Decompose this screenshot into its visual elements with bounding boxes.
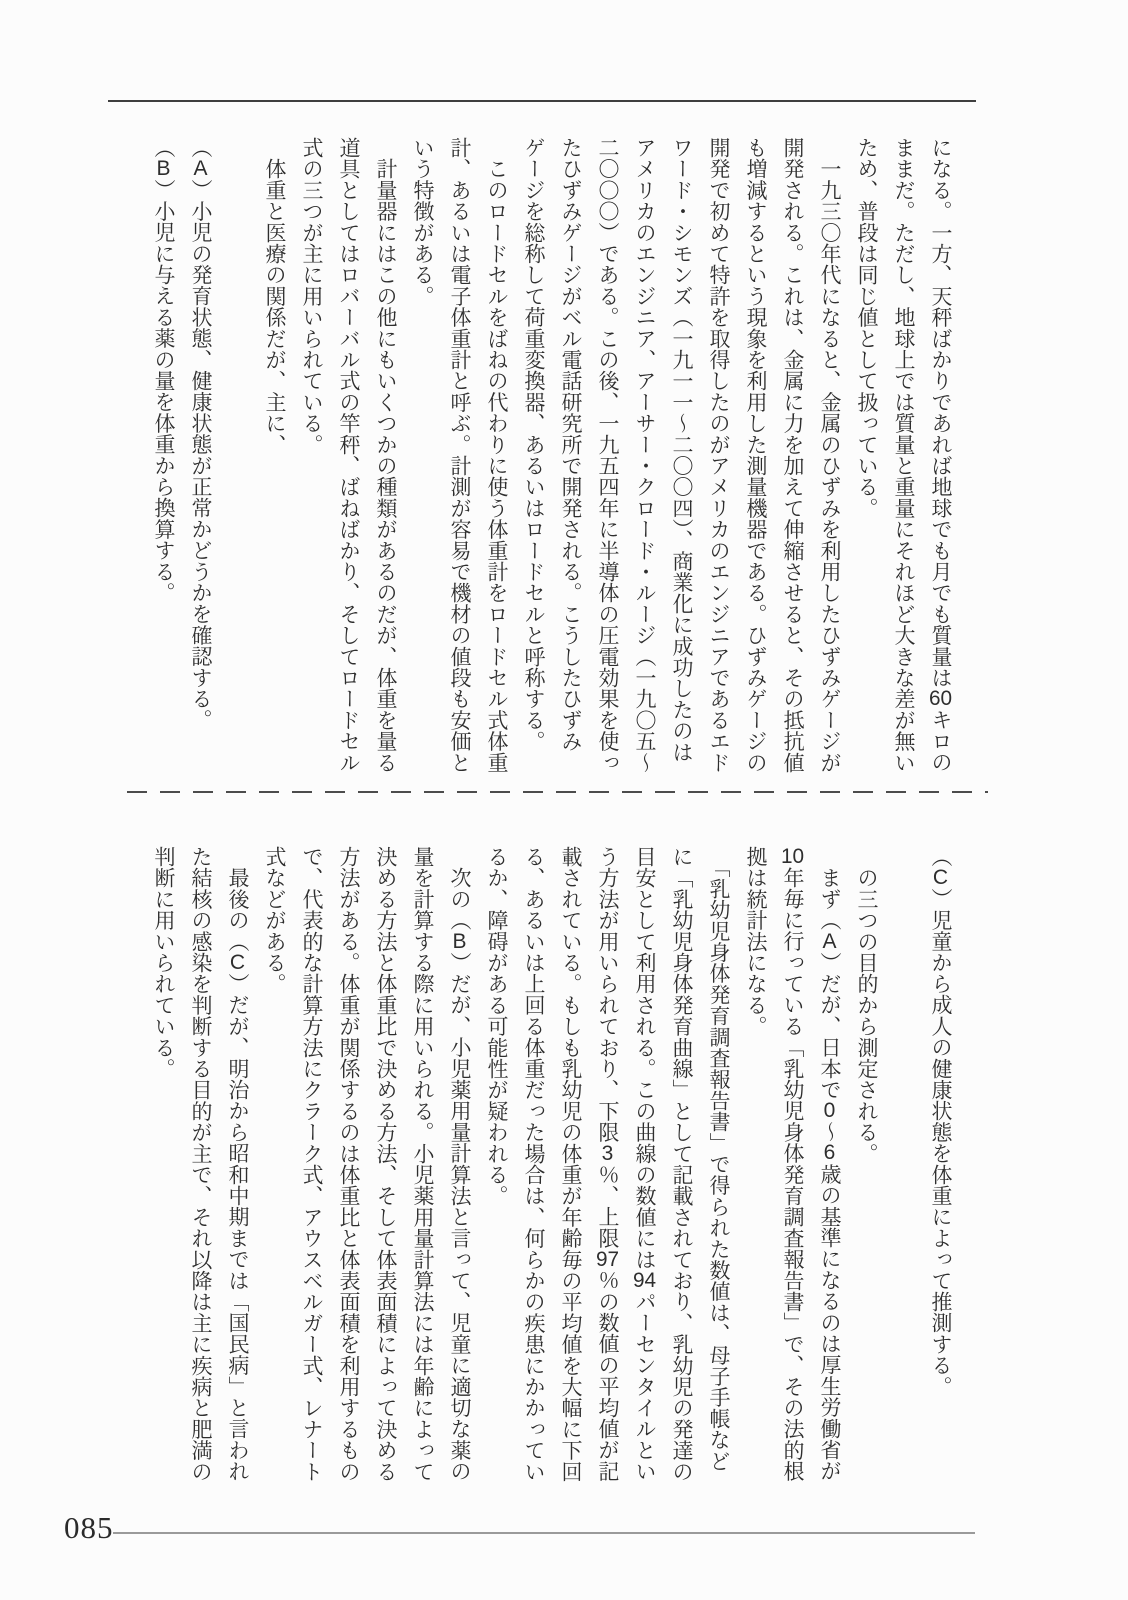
text-column: このロードセルをばねの代わりに使う体重計をロードセル式体重 <box>478 137 515 779</box>
text-column: 式などがある。 <box>256 846 293 1488</box>
text-column: る、あるいは上回る体重だった場合は、何らかの疾患にかかってい <box>515 846 552 1488</box>
book-page: になる。一方、天秤ばかりであれば地球でも月でも質量は60キロの ままだ。ただし、… <box>0 0 1128 1600</box>
list-item-a: （A）小児の発育状態、健康状態が正常かどうかを確認する。 <box>182 137 219 779</box>
text-column: 一九三〇年代になると、金属のひずみを利用したひずみゲージが <box>811 137 848 779</box>
text-column: 判断に用いられている。 <box>145 846 182 1488</box>
text-column: の三つの目的から測定される。 <box>848 846 885 1488</box>
text-column: 量を計算する際に用いられる。小児薬用量計算法には年齢によって <box>404 846 441 1488</box>
text-column: アメリカのエンジニア、アーサー・クロード・ルージ（一九〇五～ <box>626 137 663 779</box>
text-column: ワード・シモンズ（一九一一～二〇〇四）、商業化に成功したのは <box>663 137 700 779</box>
text-column: 決める方法と体重比で決める方法、そして体表面積によって決める <box>367 846 404 1488</box>
text-column: も増減するという現象を利用した測量機器である。ひずみゲージの <box>737 137 774 779</box>
text-column: た結核の感染を判断する目的が主で、それ以降は主に疾病と肥満の <box>182 846 219 1488</box>
text-column: 10年毎に行っている「乳幼児身体発育調査報告書」で、その法的根 <box>774 846 811 1488</box>
upper-text-block: になる。一方、天秤ばかりであれば地球でも月でも質量は60キロの ままだ。ただし、… <box>145 137 959 779</box>
blank-column <box>885 846 922 1488</box>
text-column: に「乳幼児身体発育曲線」として記載されており、乳幼児の発達の <box>663 846 700 1488</box>
text-column: 式の三つが主に用いられている。 <box>293 137 330 779</box>
text-column: ため、普段は同じ値として扱っている。 <box>848 137 885 779</box>
text-column: 開発で初めて特許を取得したのがアメリカのエンジニアであるエド <box>700 137 737 779</box>
blank-column <box>219 137 256 779</box>
text-column: 「乳幼児身体発育調査報告書」で得られた数値は、母子手帳など <box>700 846 737 1488</box>
text-column: いう特徴がある。 <box>404 137 441 779</box>
lower-text-block: （C）児童から成人の健康状態を体重によって推測する。 の三つの目的から測定される… <box>145 846 959 1488</box>
text-column: 拠は統計法になる。 <box>737 846 774 1488</box>
text-column: るか、障碍がある可能性が疑われる。 <box>478 846 515 1488</box>
text-column: 二〇〇〇）である。この後、一九五四年に半導体の圧電効果を使っ <box>589 137 626 779</box>
text-column: たひずみゲージがベル電話研究所で開発される。こうしたひずみ <box>552 137 589 779</box>
header-rule <box>108 100 976 102</box>
page-number: 085 <box>64 1510 114 1546</box>
text-column: 計量器にはこの他にもいくつかの種類があるのだが、体重を量る <box>367 137 404 779</box>
text-column: 開発される。これは、金属に力を加えて伸縮させると、その抵抗値 <box>774 137 811 779</box>
text-column: 次の（B）だが、小児薬用量計算法と言って、児童に適切な薬の <box>441 846 478 1488</box>
text-column: になる。一方、天秤ばかりであれば地球でも月でも質量は60キロの <box>922 137 959 779</box>
section-divider-dashed <box>127 791 988 793</box>
text-column: 方法がある。体重が関係するのは体重比と体表面積を利用するもの <box>330 846 367 1488</box>
footer-rule <box>113 1532 975 1534</box>
text-column: まず（A）だが、日本で0～6歳の基準になるのは厚生労働省が <box>811 846 848 1488</box>
list-item-c: （C）児童から成人の健康状態を体重によって推測する。 <box>922 846 959 1488</box>
text-column: で、代表的な計算方法にクラーク式、アウスベルガー式、レナート <box>293 846 330 1488</box>
text-column: 計、あるいは電子体重計と呼ぶ。計測が容易で機材の値段も安価と <box>441 137 478 779</box>
text-column: ままだ。ただし、地球上では質量と重量にそれほど大きな差が無い <box>885 137 922 779</box>
list-item-b: （B）小児に与える薬の量を体重から換算する。 <box>145 137 182 779</box>
text-column: う方法が用いられており、下限3％、上限97％の数値の平均値が記 <box>589 846 626 1488</box>
text-column: 載されている。もしも乳幼児の体重が年齢毎の平均値を大幅に下回 <box>552 846 589 1488</box>
text-column: 体重と医療の関係だが、主に、 <box>256 137 293 779</box>
text-column: 道具としてはロバーバル式の竿秤、ばねばかり、そしてロードセル <box>330 137 367 779</box>
text-column: 目安として利用される。この曲線の数値には94パーセンタイルとい <box>626 846 663 1488</box>
text-column: ゲージを総称して荷重変換器、あるいはロードセルと呼称する。 <box>515 137 552 779</box>
text-column: 最後の（C）だが、明治から昭和中期までは「国民病」と言われ <box>219 846 256 1488</box>
